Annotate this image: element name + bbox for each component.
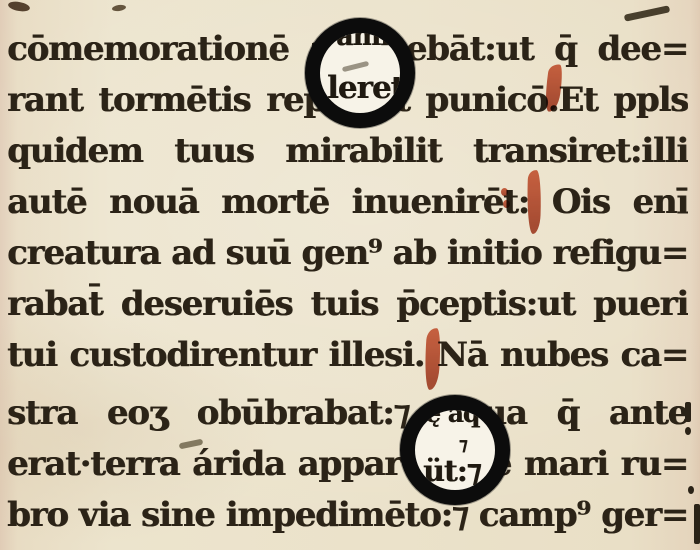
annotation-circle-top: ami leret <box>305 18 415 128</box>
edge-ink-fragment <box>685 427 691 435</box>
ink-blot-top <box>112 4 127 12</box>
text-line-7: tui custodirentur illesi. Nā nubes ca= <box>7 330 688 381</box>
text-line-9: erat·terra árida apparuit:⁊ e mari ru= <box>7 439 688 490</box>
text-line-8: stra eoʒ obūbrabat:⁊ aqua q̄ ante <box>7 388 688 439</box>
text-line-3: quidem tuus mirabilit transiret:illi <box>7 126 688 177</box>
text-line-4: autē nouā mortē inuenirēt: Ois enī <box>7 177 688 228</box>
ink-blot-top-left <box>7 0 30 13</box>
highlight-fragment-top: ę aq <box>425 401 479 426</box>
rubric-dot-upper <box>501 188 508 196</box>
highlight-fragment-tironian-et: ⁊ <box>459 437 466 454</box>
highlight-fragment-main: üt:⁊ <box>423 457 481 487</box>
highlight-fragment-main: leret <box>327 73 404 104</box>
text-line-5: creatura ad suū gen⁹ ab initio refigu= <box>7 228 688 279</box>
rubric-dot-lower <box>503 200 510 208</box>
text-line-10: bro via sine impedimēto:⁊ camp⁹ ger= <box>7 490 688 541</box>
annotation-circle-bottom: ę aq ⁊ üt:⁊ <box>400 395 510 505</box>
edge-ink-fragment <box>688 486 694 494</box>
edge-ink-fragment <box>694 504 700 544</box>
manuscript-page: cōmemorationē amittebāt:ut q̄ dee= rant … <box>0 0 700 550</box>
highlight-fragment-top: ami <box>336 23 389 50</box>
pen-tick-top-right-icon <box>624 5 670 21</box>
edge-ink-fragment <box>685 402 691 422</box>
text-line-6: rabat̄ deseruiēs tuis p̄ceptis:ut pueri <box>7 279 688 330</box>
